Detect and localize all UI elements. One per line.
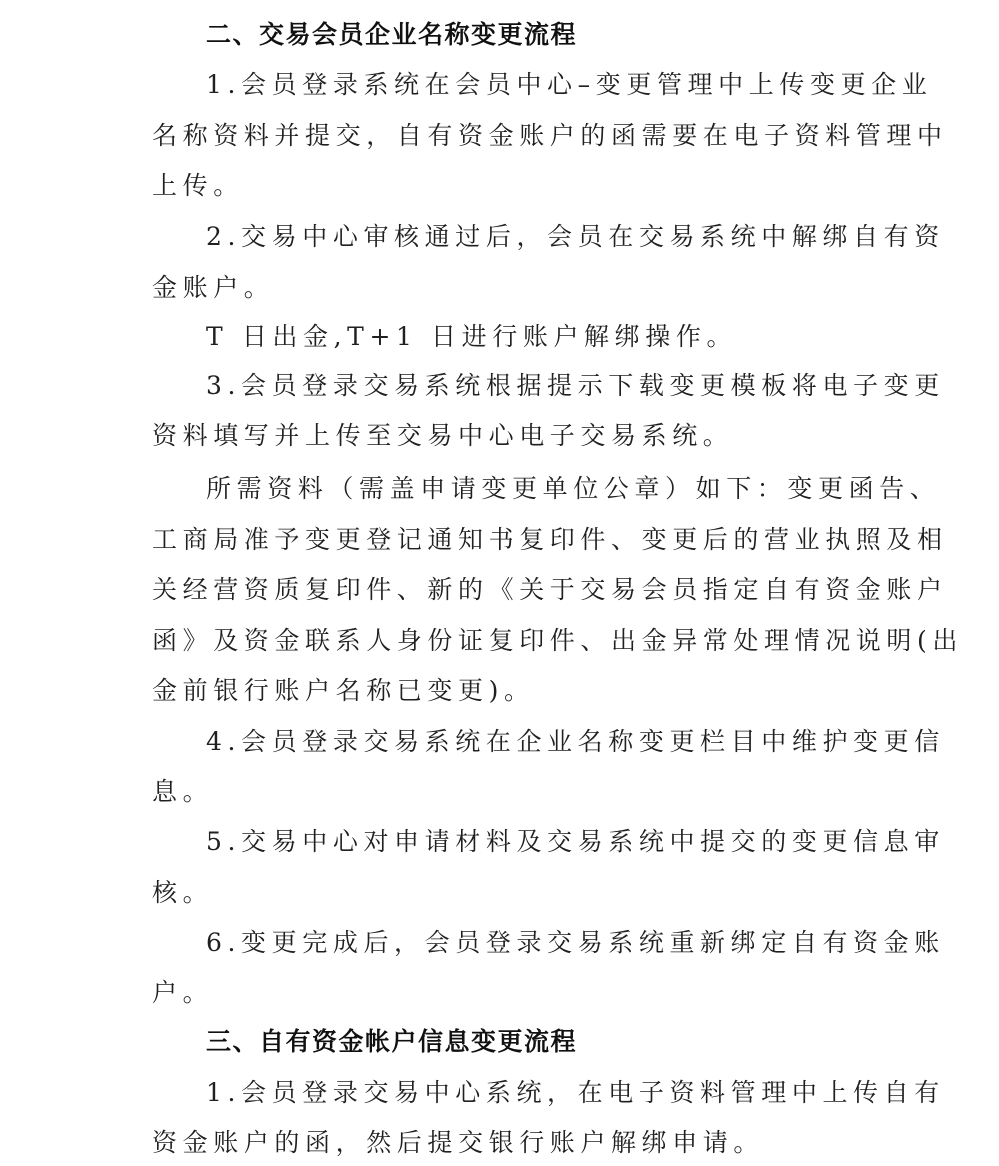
section-heading-2: 二、交易会员企业名称变更流程 (206, 20, 577, 50)
required-materials-line-3: 关经营资质复印件、新的《关于交易会员指定自有资金账户 (152, 575, 948, 605)
step-1-line-2: 名称资料并提交，自有资金账户的函需要在电子资料管理中 (152, 121, 948, 151)
step-3-line-1: 3.会员登录交易系统根据提示下载变更模板将电子变更 (206, 371, 945, 401)
section-3-step-1-line-2: 资金账户的函，然后提交银行账户解绑申请。 (152, 1128, 764, 1158)
step-3-line-2: 资料填写并上传至交易中心电子交易系统。 (152, 421, 733, 451)
required-materials-line-2: 工商局准予变更登记通知书复印件、变更后的营业执照及相 (152, 525, 948, 555)
required-materials-line-4: 函》及资金联系人身份证复印件、出金异常处理情况说明(出 (152, 626, 963, 656)
step-4-line-2: 息。 (152, 777, 213, 807)
step-4-line-1: 4.会员登录交易系统在企业名称变更栏目中维护变更信 (206, 727, 945, 757)
step-6-line-1: 6.变更完成后，会员登录交易系统重新绑定自有资金账 (206, 928, 945, 958)
step-6-line-2: 户。 (152, 978, 213, 1008)
section-3-step-1-line-1: 1.会员登录交易中心系统，在电子资料管理中上传自有 (206, 1078, 945, 1108)
step-2-line-2: 金账户。 (152, 273, 274, 303)
step-1-line-1: 1.会员登录系统在会员中心–变更管理中上传变更企业 (206, 70, 932, 100)
step-5-line-1: 5.交易中心对申请材料及交易系统中提交的变更信息审 (206, 827, 945, 857)
step-1-line-3: 上传。 (152, 171, 244, 201)
section-heading-3: 三、自有资金帐户信息变更流程 (206, 1027, 577, 1057)
step-2-note: T 日出金,T+1 日进行账户解绑操作。 (206, 322, 737, 352)
step-5-line-2: 核。 (152, 878, 213, 908)
required-materials-line-1: 所需资料（需盖申请变更单位公章）如下：变更函告、 (206, 474, 940, 504)
required-materials-line-5: 金前银行账户名称已变更)。 (152, 676, 535, 706)
step-2-line-1: 2.交易中心审核通过后，会员在交易系统中解绑自有资 (206, 222, 945, 252)
